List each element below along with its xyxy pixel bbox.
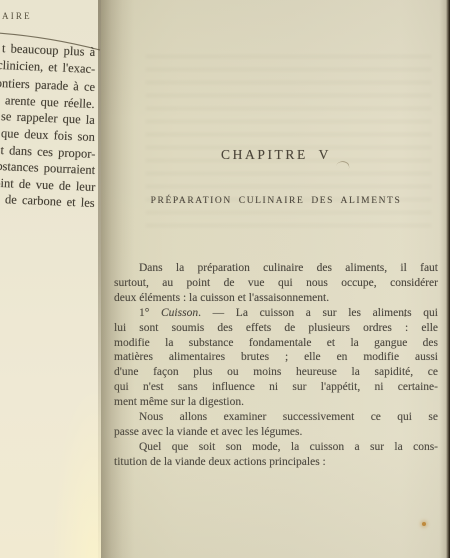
body-text: Dans la préparation culinaire des alimen… (114, 261, 438, 470)
chapter-heading: CHAPITRE V (114, 147, 438, 163)
foxing-spot (422, 522, 426, 526)
body-line: modifie la substance fondamentale et la … (114, 336, 438, 351)
body-line: ment même sur la digestion. (114, 395, 438, 410)
body-line: lui sont soumis des effets de plusieurs … (114, 321, 438, 336)
book-edge-dark (446, 0, 450, 558)
body-line: titution de la viande deux actions princ… (114, 455, 438, 470)
body-line: passe avec la viande et avec les légumes… (114, 425, 438, 440)
right-page: CHAPITRE V PRÉPARATION CULINAIRE DES ALI… (101, 0, 450, 558)
body-line: surtout, au point de vue qui nous occupe… (114, 276, 438, 291)
body-line: Dans la préparation culinaire des alimen… (114, 261, 438, 276)
body-line: matières alimentaires brutes ; elle en m… (114, 350, 438, 365)
left-text-line: olontiers parade à ce (0, 75, 95, 95)
body-line-cuisson: 1° Cuisson. — La cuisson a sur les alime… (114, 306, 438, 321)
body-line: d'une façon plus ou moins heureuse la sa… (114, 365, 438, 380)
gutter-highlight (52, 388, 101, 558)
open-book-photo: AIRE t beaucoup plus à clinicien, et l'e… (0, 0, 450, 558)
ink-speck (404, 314, 406, 317)
left-text-line: que deux fois son (1, 126, 95, 145)
left-page: AIRE t beaucoup plus à clinicien, et l'e… (0, 0, 101, 558)
cuisson-prefix: 1° (139, 307, 161, 319)
body-line: deux éléments : la cuisson et l'assaison… (114, 291, 438, 306)
left-text-line: se rappeler que la (1, 109, 95, 128)
cuisson-rest: . — La cuisson a sur les aliments qui (198, 307, 438, 319)
body-line: Nous allons examiner successivement ce q… (114, 410, 438, 425)
left-text-line: de carbone et les (5, 192, 95, 211)
left-text-line: clinicien, et l'exac- (0, 58, 95, 77)
body-line: Quel que soit son mode, la cuisson a sur… (114, 440, 438, 455)
section-title: PRÉPARATION CULINAIRE DES ALIMENTS (114, 196, 438, 206)
body-line: qui n'est sans influence ni sur l'appéti… (114, 380, 438, 395)
left-text-line: ubstances pourraient (0, 159, 95, 178)
cuisson-italic: Cuisson (161, 307, 198, 319)
gutter-shadow (101, 0, 135, 558)
